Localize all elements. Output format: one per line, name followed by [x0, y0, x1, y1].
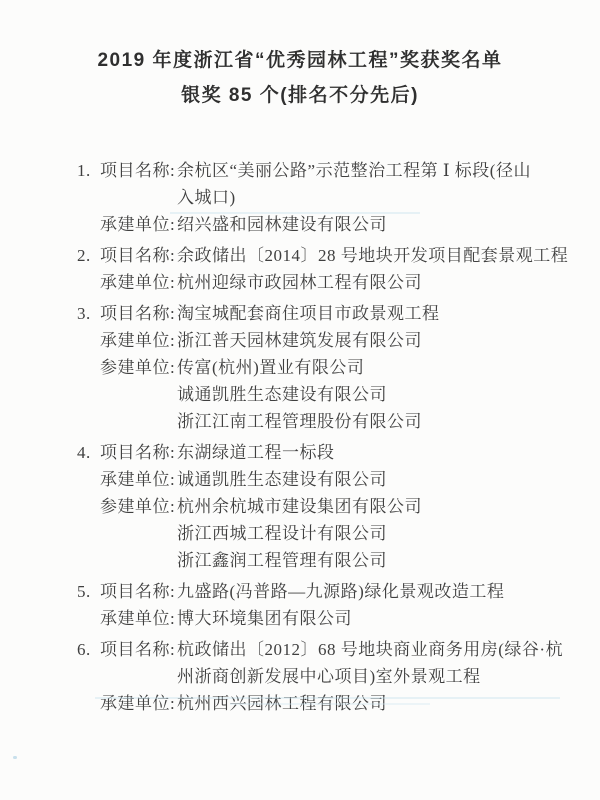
field-label: [100, 381, 177, 408]
item-number: 4.: [77, 439, 100, 466]
item-number: [77, 408, 100, 435]
field-value: 绍兴盛和园林建设有限公司: [177, 211, 560, 238]
document-title: 2019 年度浙江省“优秀园林工程”奖获奖名单: [0, 46, 600, 76]
field-value: 浙江普天园林建筑发展有限公司: [177, 327, 560, 354]
field-value: 诚通凯胜生态建设有限公司: [177, 466, 560, 493]
field-label: 项目名称:: [100, 300, 177, 327]
field-label: 承建单位:: [100, 269, 177, 296]
item-number: [77, 466, 100, 493]
award-item-4: 4.项目名称:东湖绿道工程一标段承建单位:诚通凯胜生态建设有限公司参建单位:杭州…: [77, 439, 560, 574]
entry-line: 承建单位:杭州西兴园林工程有限公司: [77, 690, 560, 717]
field-value: 余政储出〔2014〕28 号地块开发项目配套景观工程: [177, 242, 568, 269]
item-number: [77, 269, 100, 296]
field-label: [100, 547, 177, 574]
field-label: [100, 408, 177, 435]
field-label: 项目名称:: [100, 636, 177, 663]
field-label: 参建单位:: [100, 493, 177, 520]
field-label: 项目名称:: [100, 157, 177, 184]
item-number: [77, 690, 100, 717]
item-number: [77, 184, 100, 211]
entry-line: 承建单位:诚通凯胜生态建设有限公司: [77, 466, 560, 493]
field-value: 淘宝城配套商住项目市政景观工程: [177, 300, 560, 327]
entry-line: 浙江江南工程管理股份有限公司: [77, 408, 560, 435]
field-value: 浙江鑫润工程管理有限公司: [177, 547, 560, 574]
item-number: [77, 354, 100, 381]
entry-line: 州浙商创新发展中心项目)室外景观工程: [77, 663, 560, 690]
entry-line: 承建单位:博大环境集团有限公司: [77, 605, 560, 632]
item-number: 6.: [77, 636, 100, 663]
item-number: [77, 520, 100, 547]
item-number: [77, 381, 100, 408]
award-item-2: 2.项目名称:余政储出〔2014〕28 号地块开发项目配套景观工程承建单位:杭州…: [77, 242, 560, 296]
entry-line: 5.项目名称:九盛路(冯普路—九源路)绿化景观改造工程: [77, 578, 560, 605]
field-label: 承建单位:: [100, 327, 177, 354]
field-label: [100, 520, 177, 547]
entry-line: 浙江西城工程设计有限公司: [77, 520, 560, 547]
field-label: 承建单位:: [100, 690, 177, 717]
field-label: [100, 663, 177, 690]
item-number: 1.: [77, 157, 100, 184]
entry-line: 3.项目名称:淘宝城配套商住项目市政景观工程: [77, 300, 560, 327]
entry-line: 浙江鑫润工程管理有限公司: [77, 547, 560, 574]
field-value: 杭州余杭城市建设集团有限公司: [177, 493, 560, 520]
field-label: 项目名称:: [100, 242, 177, 269]
award-list: 1.项目名称:余杭区“美丽公路”示范整治工程第 Ⅰ 标段(径山入城口)承建单位:…: [0, 157, 600, 717]
award-item-3: 3.项目名称:淘宝城配套商住项目市政景观工程承建单位:浙江普天园林建筑发展有限公…: [77, 300, 560, 435]
item-number: [77, 327, 100, 354]
field-value: 九盛路(冯普路—九源路)绿化景观改造工程: [177, 578, 560, 605]
field-value: 东湖绿道工程一标段: [177, 439, 560, 466]
field-value: 传富(杭州)置业有限公司: [177, 354, 560, 381]
entry-line: 诚通凯胜生态建设有限公司: [77, 381, 560, 408]
field-value: 博大环境集团有限公司: [177, 605, 560, 632]
field-value: 诚通凯胜生态建设有限公司: [177, 381, 560, 408]
field-value: 杭州迎绿市政园林工程有限公司: [177, 269, 560, 296]
field-label: 参建单位:: [100, 354, 177, 381]
field-value: 杭政储出〔2012〕68 号地块商业商务用房(绿谷·杭: [177, 636, 563, 663]
field-value: 州浙商创新发展中心项目)室外景观工程: [177, 663, 560, 690]
scanned-document-page: 2019 年度浙江省“优秀园林工程”奖获奖名单 银奖 85 个(排名不分先后) …: [0, 0, 600, 800]
scan-artifact-speck: [13, 756, 17, 759]
entry-line: 6.项目名称:杭政储出〔2012〕68 号地块商业商务用房(绿谷·杭: [77, 636, 560, 663]
item-number: [77, 493, 100, 520]
document-header: 2019 年度浙江省“优秀园林工程”奖获奖名单 银奖 85 个(排名不分先后): [0, 0, 600, 111]
field-label: 承建单位:: [100, 211, 177, 238]
item-number: [77, 663, 100, 690]
field-label: 项目名称:: [100, 578, 177, 605]
item-number: [77, 605, 100, 632]
entry-line: 承建单位:浙江普天园林建筑发展有限公司: [77, 327, 560, 354]
field-value: 浙江西城工程设计有限公司: [177, 520, 560, 547]
award-item-6: 6.项目名称:杭政储出〔2012〕68 号地块商业商务用房(绿谷·杭州浙商创新发…: [77, 636, 560, 717]
document-subtitle: 银奖 85 个(排名不分先后): [0, 81, 600, 111]
entry-line: 承建单位:杭州迎绿市政园林工程有限公司: [77, 269, 560, 296]
entry-line: 参建单位:传富(杭州)置业有限公司: [77, 354, 560, 381]
entry-line: 4.项目名称:东湖绿道工程一标段: [77, 439, 560, 466]
entry-line: 入城口): [77, 184, 560, 211]
field-value: 杭州西兴园林工程有限公司: [177, 690, 560, 717]
field-value: 余杭区“美丽公路”示范整治工程第 Ⅰ 标段(径山: [177, 157, 560, 184]
item-number: 5.: [77, 578, 100, 605]
entry-line: 1.项目名称:余杭区“美丽公路”示范整治工程第 Ⅰ 标段(径山: [77, 157, 560, 184]
entry-line: 参建单位:杭州余杭城市建设集团有限公司: [77, 493, 560, 520]
item-number: 3.: [77, 300, 100, 327]
field-label: 项目名称:: [100, 439, 177, 466]
item-number: [77, 211, 100, 238]
field-label: 承建单位:: [100, 605, 177, 632]
entry-line: 2.项目名称:余政储出〔2014〕28 号地块开发项目配套景观工程: [77, 242, 560, 269]
field-label: [100, 184, 177, 211]
entry-line: 承建单位:绍兴盛和园林建设有限公司: [77, 211, 560, 238]
award-item-1: 1.项目名称:余杭区“美丽公路”示范整治工程第 Ⅰ 标段(径山入城口)承建单位:…: [77, 157, 560, 238]
item-number: [77, 547, 100, 574]
award-item-5: 5.项目名称:九盛路(冯普路—九源路)绿化景观改造工程承建单位:博大环境集团有限…: [77, 578, 560, 632]
field-value: 入城口): [177, 184, 560, 211]
field-value: 浙江江南工程管理股份有限公司: [177, 408, 560, 435]
item-number: 2.: [77, 242, 100, 269]
field-label: 承建单位:: [100, 466, 177, 493]
